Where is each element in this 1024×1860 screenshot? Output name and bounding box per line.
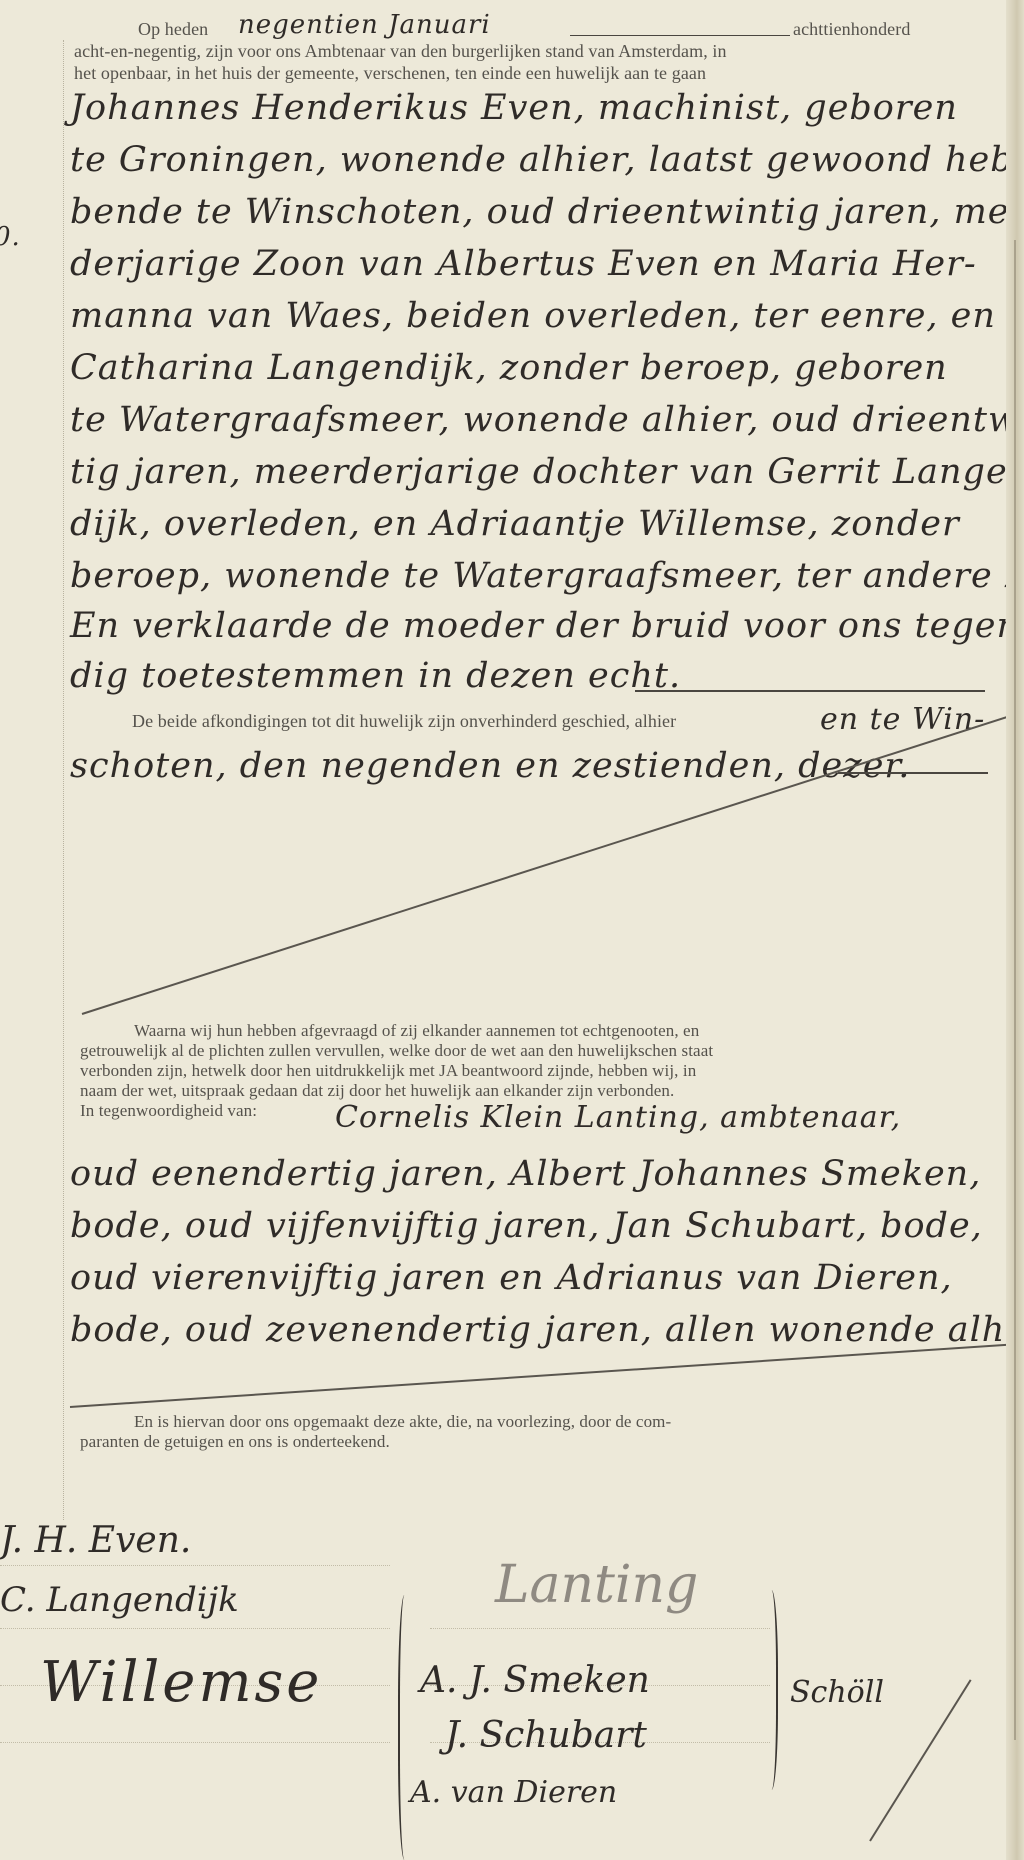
signature-guide-line-1 <box>0 1565 390 1566</box>
hand-line-10: beroep, wonende te Watergraafsmeer, ter … <box>70 556 1024 596</box>
hand-line-6: Catharina Langendijk, zonder beroep, geb… <box>70 348 948 388</box>
hand-date: negentien Januari <box>238 10 491 40</box>
print-line2: acht-en-negentig, zijn voor ons Ambtenaa… <box>74 42 727 61</box>
signature-witness-2: J. Schubart <box>445 1715 647 1756</box>
hand-witness-first: Cornelis Klein Lanting, ambtenaar, <box>335 1100 901 1135</box>
closing-line-1 <box>635 690 985 692</box>
closing-line-2 <box>838 772 988 774</box>
hand-line-9: dijk, overleden, en Adriaantje Willemse,… <box>70 504 960 544</box>
signature-registrar: Schöll <box>790 1675 884 1710</box>
signature-mother: Willemse <box>40 1650 322 1715</box>
hand-line-1: Johannes Henderikus Even, machinist, geb… <box>70 88 958 128</box>
signature-guide-line-4 <box>0 1742 390 1743</box>
hand-line-8: tig jaren, meerderjarige dochter van Ger… <box>70 452 1024 492</box>
margin-record-number: 0. <box>0 222 21 252</box>
print-witness-label: In tegenwoordigheid van: <box>80 1101 257 1120</box>
hand-banns-dates: schoten, den negenden en zestienden, dez… <box>70 746 910 786</box>
signature-witness-1: A. J. Smeken <box>420 1660 650 1701</box>
signature-official: Lanting <box>495 1555 698 1615</box>
left-brace <box>398 1595 414 1860</box>
print-year-a: achttienhonderd <box>793 20 910 39</box>
print-banns: De beide afkondigingen tot dit huwelijk … <box>132 712 676 731</box>
fill-line <box>570 35 790 36</box>
print-vows-1: Waarna wij hun hebben afgevraagd of zij … <box>134 1021 699 1040</box>
print-vows-2: getrouwelijk al de plichten zullen vervu… <box>80 1041 713 1060</box>
print-vows-4: naam der wet, uitspraak gedaan dat zij d… <box>80 1081 674 1100</box>
hand-witness-line-3: oud vierenvijftig jaren en Adrianus van … <box>70 1258 953 1298</box>
book-spine <box>1006 0 1024 1860</box>
print-closing-2: paranten de getuigen en ons is onderteek… <box>80 1432 390 1451</box>
signature-groom: J. H. Even. <box>0 1520 191 1561</box>
hand-line-5: manna van Waes, beiden overleden, ter ee… <box>70 296 996 336</box>
print-closing-1: En is hiervan door ons opgemaakt deze ak… <box>134 1412 671 1431</box>
signature-witness-3: A. van Dieren <box>410 1775 617 1810</box>
void-diagonal-line-2 <box>70 1344 1008 1408</box>
margin-dotted-line <box>63 40 64 1520</box>
right-brace <box>762 1590 778 1790</box>
register-page: 0. Op heden negentien Januari achttienho… <box>0 0 1006 1860</box>
hand-witness-line-1: oud eenendertig jaren, Albert Johannes S… <box>70 1154 981 1194</box>
registrar-flourish <box>869 1679 971 1841</box>
hand-line-3: bende te Winschoten, oud drieentwintig j… <box>70 192 1024 232</box>
spine-shadow-line <box>1014 240 1016 1740</box>
hand-line-7: te Watergraafsmeer, wonende alhier, oud … <box>70 400 1024 440</box>
print-opening: Op heden <box>138 20 208 39</box>
print-line3: het openbaar, in het huis der gemeente, … <box>74 64 706 83</box>
signature-guide-line-5 <box>430 1628 770 1629</box>
hand-line-4: derjarige Zoon van Albertus Even en Mari… <box>70 244 977 284</box>
signature-guide-line-2 <box>0 1628 390 1629</box>
hand-line-11: En verklaarde de moeder der bruid voor o… <box>70 606 1024 646</box>
hand-line-2: te Groningen, wonende alhier, laatst gew… <box>70 140 1024 180</box>
hand-line-12: dig toetestemmen in dezen echt. <box>70 656 681 696</box>
print-vows-3: verbonden zijn, hetwelk door hen uitdruk… <box>80 1061 696 1080</box>
signature-bride: C. Langendijk <box>0 1580 239 1620</box>
hand-witness-line-4: bode, oud zevenendertig jaren, allen won… <box>70 1310 1024 1350</box>
hand-witness-line-2: bode, oud vijfenvijftig jaren, Jan Schub… <box>70 1206 983 1246</box>
